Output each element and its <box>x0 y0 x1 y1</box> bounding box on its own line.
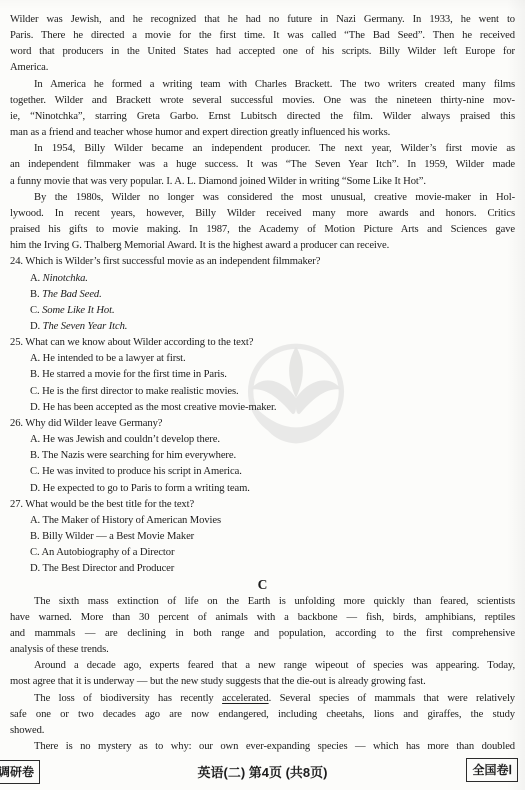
passage-line: The loss of biodiversity has recently ac… <box>10 691 515 707</box>
text-segment: C. <box>30 386 42 397</box>
passage-line: Paris. There he directed a movie for the… <box>10 28 515 44</box>
passage-line: him the Irving G. Thalberg Memorial Awar… <box>10 238 515 254</box>
page-number: 英语(二) 第4页 (共8页) <box>0 762 525 781</box>
text-segment: C. <box>30 305 42 316</box>
question-option: D. The Seven Year Itch. <box>10 319 515 335</box>
text-segment: The Seven Year Itch. <box>43 321 128 332</box>
passage-line: Around a decade ago, experts feared that… <box>10 658 515 674</box>
passage-line: together. Wilder and Brackett wrote seve… <box>10 93 515 109</box>
passage-line: word that producers in the United States… <box>10 44 515 60</box>
text-segment: lywood. In recent years, however, Billy … <box>10 208 515 219</box>
text-segment: . Several species of mammals that were r… <box>269 693 515 704</box>
passage-line: an independent filmmaker was a huge succ… <box>10 157 515 173</box>
text-segment: most agree that it is underway — but the… <box>10 676 426 687</box>
text-segment: A. <box>30 434 43 445</box>
text-segment: Billy Wilder — a Best Movie Maker <box>42 531 194 542</box>
text-segment: The loss of biodiversity has recently <box>34 693 222 704</box>
question-stem: 26. Why did Wilder leave Germany? <box>10 416 515 432</box>
text-segment: together. Wilder and Brackett wrote seve… <box>10 95 515 106</box>
text-segment: In America he formed a writing team with… <box>34 79 515 90</box>
text-segment: 25. What can we know about Wilder accord… <box>10 337 253 348</box>
text-segment: An Autobiography of a Director <box>41 547 174 558</box>
text-segment: The Nazis were searching for him everywh… <box>42 450 236 461</box>
question-option: A. Ninotchka. <box>10 271 515 287</box>
text-segment: A. <box>30 353 43 364</box>
text-segment: Some Like It Hot. <box>42 305 114 316</box>
text-segment: He has been accepted as the most creativ… <box>43 402 277 413</box>
text-segment: America. <box>10 62 48 73</box>
text-segment: 26. Why did Wilder leave Germany? <box>10 418 162 429</box>
passage-line: America. <box>10 60 515 76</box>
text-segment: D. <box>30 563 42 574</box>
question-stem: 24. Which is Wilder’s first successful m… <box>10 254 515 270</box>
passage-line: man as a friend and teacher whose humor … <box>10 125 515 141</box>
text-segment: D. <box>30 321 43 332</box>
passage-line: safe one or two decades ago are now enda… <box>10 707 515 723</box>
text-segment: The sixth mass extinction of life on the… <box>34 596 515 607</box>
question-option: B. The Bad Seed. <box>10 287 515 303</box>
text-segment: man as a friend and teacher whose humor … <box>10 127 390 138</box>
text-segment: He was invited to produce his script in … <box>42 466 242 477</box>
text-segment: showed. <box>10 725 44 736</box>
passage-line: praised his gifts to movie making. In 19… <box>10 222 515 238</box>
question-option: B. The Nazis were searching for him ever… <box>10 448 515 464</box>
question-option: C. Some Like It Hot. <box>10 303 515 319</box>
page-content: Wilder was Jewish, and he recognized tha… <box>10 12 515 755</box>
text-segment: and mammals — are declining in both rang… <box>10 628 515 639</box>
text-segment: him the Irving G. Thalberg Memorial Awar… <box>10 240 389 251</box>
text-segment: He was Jewish and couldn’t develop there… <box>43 434 220 445</box>
passage-line: In 1954, Billy Wilder became an independ… <box>10 141 515 157</box>
question-option: A. The Maker of History of American Movi… <box>10 513 515 529</box>
question-option: D. The Best Director and Producer <box>10 561 515 577</box>
text-segment: B. <box>30 450 42 461</box>
text-segment: In 1954, Billy Wilder became an independ… <box>34 143 515 154</box>
question-option: B. Billy Wilder — a Best Movie Maker <box>10 529 515 545</box>
text-segment: B. <box>30 289 42 300</box>
text-segment: A. <box>30 515 42 526</box>
text-segment: The Bad Seed. <box>42 289 102 300</box>
text-segment: He intended to be a lawyer at first. <box>43 353 186 364</box>
question-option: C. An Autobiography of a Director <box>10 545 515 561</box>
question-option: C. He was invited to produce his script … <box>10 464 515 480</box>
passage-line: Wilder was Jewish, and he recognized tha… <box>10 12 515 28</box>
text-segment: By the 1980s, Wilder no longer was consi… <box>34 192 515 203</box>
text-segment: a funny movie that was very popular. I. … <box>10 176 426 187</box>
text-segment: analysis of these trends. <box>10 644 109 655</box>
text-segment: He starred a movie for the first time in… <box>42 369 227 380</box>
text-segment: word that producers in the United States… <box>10 46 515 57</box>
text-segment: D. <box>30 402 43 413</box>
text-segment: safe one or two decades ago are now enda… <box>10 709 515 720</box>
text-segment: Ninotchka. <box>43 273 88 284</box>
text-segment: Wilder was Jewish, and he recognized tha… <box>10 14 515 25</box>
text-segment: He is the first director to make realist… <box>42 386 239 397</box>
questions: 24. Which is Wilder’s first successful m… <box>10 254 515 577</box>
passage-line: and mammals — are declining in both rang… <box>10 626 515 642</box>
question-option: D. He expected to go to Paris to form a … <box>10 481 515 497</box>
text-segment: Around a decade ago, experts feared that… <box>34 660 515 671</box>
text-segment: 27. What would be the best title for the… <box>10 499 194 510</box>
question-option: A. He intended to be a lawyer at first. <box>10 351 515 367</box>
passage-line: showed. <box>10 723 515 739</box>
section-c-heading: C <box>10 577 515 593</box>
passage-line: most agree that it is underway — but the… <box>10 674 515 690</box>
passage-c: The sixth mass extinction of life on the… <box>10 594 515 756</box>
text-segment: an independent filmmaker was a huge succ… <box>10 159 515 170</box>
question-option: A. He was Jewish and couldn’t develop th… <box>10 432 515 448</box>
passage-b: Wilder was Jewish, and he recognized tha… <box>10 12 515 254</box>
text-segment: praised his gifts to movie making. In 19… <box>10 224 515 235</box>
right-stamp: 全国卷Ⅰ <box>466 758 518 782</box>
question-option: D. He has been accepted as the most crea… <box>10 400 515 416</box>
text-segment: C. <box>30 466 42 477</box>
question-stem: 27. What would be the best title for the… <box>10 497 515 513</box>
text-segment: have warned. More than 30 percent of ani… <box>10 612 515 623</box>
text-segment: D. <box>30 483 43 494</box>
text-segment: B. <box>30 369 42 380</box>
passage-line: a funny movie that was very popular. I. … <box>10 174 515 190</box>
passage-line: lywood. In recent years, however, Billy … <box>10 206 515 222</box>
text-segment: ie, “Ninotchka”, starring Greta Garbo. E… <box>10 111 515 122</box>
text-segment: He expected to go to Paris to form a wri… <box>43 483 250 494</box>
passage-line: By the 1980s, Wilder no longer was consi… <box>10 190 515 206</box>
question-option: B. He starred a movie for the first time… <box>10 367 515 383</box>
passage-line: ie, “Ninotchka”, starring Greta Garbo. E… <box>10 109 515 125</box>
passage-line: The sixth mass extinction of life on the… <box>10 594 515 610</box>
exam-page: Wilder was Jewish, and he recognized tha… <box>0 0 525 790</box>
text-segment: B. <box>30 531 42 542</box>
text-segment: The Best Director and Producer <box>42 563 174 574</box>
text-segment: accelerated <box>222 693 269 704</box>
text-segment: 24. Which is Wilder’s first successful m… <box>10 256 320 267</box>
text-segment: Paris. There he directed a movie for the… <box>10 30 515 41</box>
text-segment: There is no mystery as to why: our own e… <box>34 741 515 752</box>
passage-line: There is no mystery as to why: our own e… <box>10 739 515 755</box>
text-segment: C. <box>30 547 41 558</box>
text-segment: A. <box>30 273 43 284</box>
text-segment: The Maker of History of American Movies <box>42 515 221 526</box>
passage-line: analysis of these trends. <box>10 642 515 658</box>
passage-line: have warned. More than 30 percent of ani… <box>10 610 515 626</box>
question-option: C. He is the first director to make real… <box>10 384 515 400</box>
passage-line: In America he formed a writing team with… <box>10 77 515 93</box>
question-stem: 25. What can we know about Wilder accord… <box>10 335 515 351</box>
